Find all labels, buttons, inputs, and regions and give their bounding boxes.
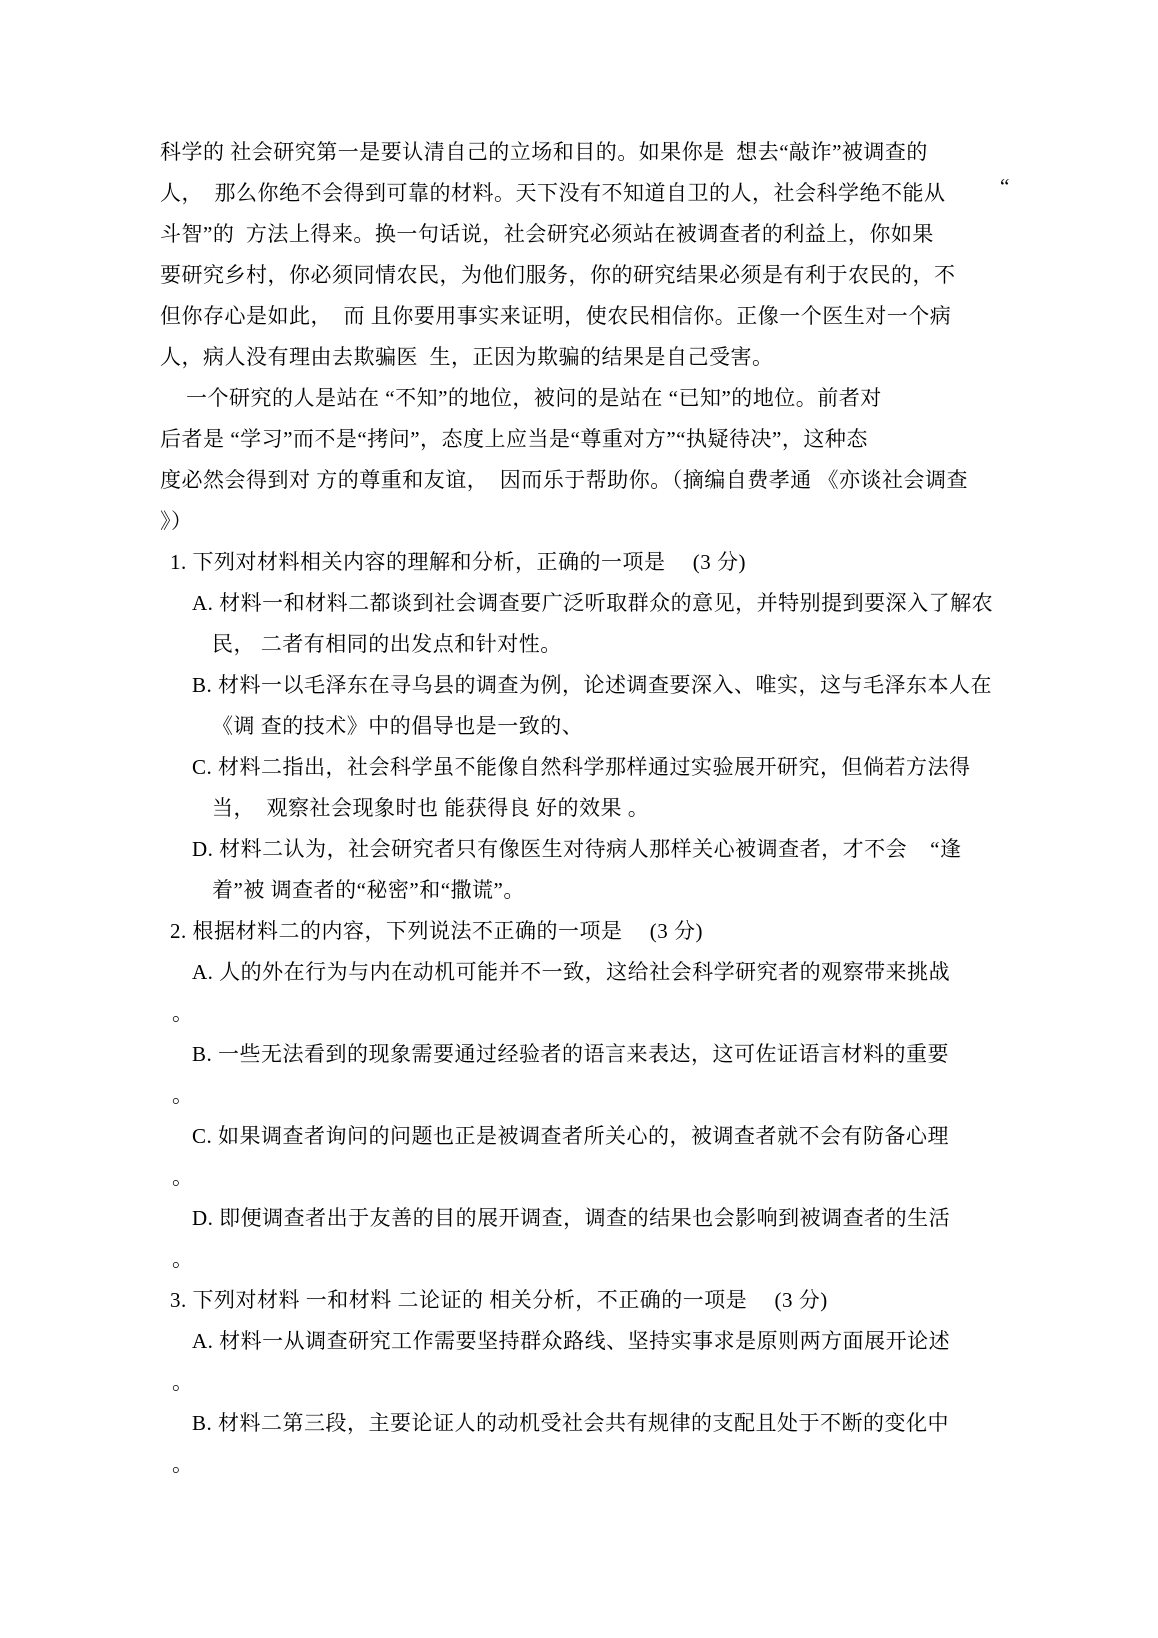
text-line-26: 。 <box>160 1157 1030 1198</box>
text-line-7: 一个研究的人是站在 “不知”的地位，被问的是站在 “已知”的地位。前者对 <box>160 378 1030 419</box>
text-line-4: 要研究乡村，你必须同情农民，为他们服务，你的研究结果必须是有利于农民的，不 <box>160 255 1030 296</box>
text-line-31: 。 <box>160 1362 1030 1403</box>
text-line-16: C. 材料二指出，社会科学虽不能像自然科学那样通过实验展开研究，但倘若方法得 <box>160 747 1030 788</box>
text-line-14: B. 材料一以毛泽东在寻乌县的调查为例，论述调查要深入、唯实，这与毛泽东本人在 <box>160 665 1030 706</box>
text-line-21: A. 人的外在行为与内在动机可能并不一致，这给社会科学研究者的观察带来挑战 <box>160 952 1030 993</box>
text-line-8: 后者是 “学习”而不是“拷问”，态度上应当是“尊重对方”“执疑待决”，这种态 <box>160 419 1030 460</box>
text-line-11: 1. 下列对材料相关内容的理解和分析，正确的一项是 (3 分) <box>160 542 1030 583</box>
text-line-25: C. 如果调查者询问的问题也正是被调查者所关心的，被调查者就不会有防备心理 <box>160 1116 1030 1157</box>
text-line-12: A. 材料一和材料二都谈到社会调查要广泛听取群众的意见，并特别提到要深入了解农 <box>160 583 1030 624</box>
text-line-17: 当， 观察社会现象时也 能获得良 好的效果 。 <box>160 788 1030 829</box>
text-line-15: 《调 查的技术》中的倡导也是一致的、 <box>160 706 1030 747</box>
text-line-29: 3. 下列对材料 一和材料 二论证的 相关分析，不正确的一项是 (3 分) <box>160 1280 1030 1321</box>
text-line-5: 但你存心是如此， 而 且你要用事实来证明，使农民相信你。正像一个医生对一个病 <box>160 296 1030 337</box>
text-line-23: B. 一些无法看到的现象需要通过经验者的语言来表达，这可佐证语言材料的重要 <box>160 1034 1030 1075</box>
text-line-24: 。 <box>160 1075 1030 1116</box>
text-line-10: 》） <box>160 501 1030 542</box>
text-line-2: 人， 那么你绝不会得到可靠的材料。天下没有不知道自卫的人，社会科学绝不能从 <box>160 173 1030 214</box>
text-line-28: 。 <box>160 1239 1030 1280</box>
text-line-32: B. 材料二第三段，主要论证人的动机受社会共有规律的支配且处于不断的变化中 <box>160 1403 1030 1444</box>
text-line-18: D. 材料二认为，社会研究者只有像医生对待病人那样关心被调查者，才不会 “逢 <box>160 829 1030 870</box>
text-line-30: A. 材料一从调查研究工作需要坚持群众路线、坚持实事求是原则两方面展开论述 <box>160 1321 1030 1362</box>
text-line-19: 着”被 调查者的“秘密”和“撒谎”。 <box>160 870 1030 911</box>
text-line-3: 斗智”的 方法上得来。换一句话说，社会研究必须站在被调查者的利益上，你如果 <box>160 214 1030 255</box>
text-line-13: 民， 二者有相同的出发点和针对性。 <box>160 624 1030 665</box>
text-line-1: 科学的 社会研究第一是要认清自己的立场和目的。如果你是 想去“敲诈”被调查的 <box>160 132 1030 173</box>
document-body: 科学的 社会研究第一是要认清自己的立场和目的。如果你是 想去“敲诈”被调查的人，… <box>160 132 1030 1485</box>
text-line-9: 度必然会得到对 方的尊重和友谊， 因而乐于帮助你。（摘编自费孝通 《亦谈社会调查 <box>160 460 1030 501</box>
text-line-22: 。 <box>160 993 1030 1034</box>
text-line-33: 。 <box>160 1444 1030 1485</box>
text-line-20: 2. 根据材料二的内容，下列说法不正确的一项是 (3 分) <box>160 911 1030 952</box>
exam-page: { "page": { "background_color": "#ffffff… <box>0 0 1158 1638</box>
text-line-27: D. 即便调查者出于友善的目的展开调查，调查的结果也会影响到被调查者的生活 <box>160 1198 1030 1239</box>
text-line-6: 人，病人没有理由去欺骗医 生，正因为欺骗的结果是自己受害。 <box>160 337 1030 378</box>
